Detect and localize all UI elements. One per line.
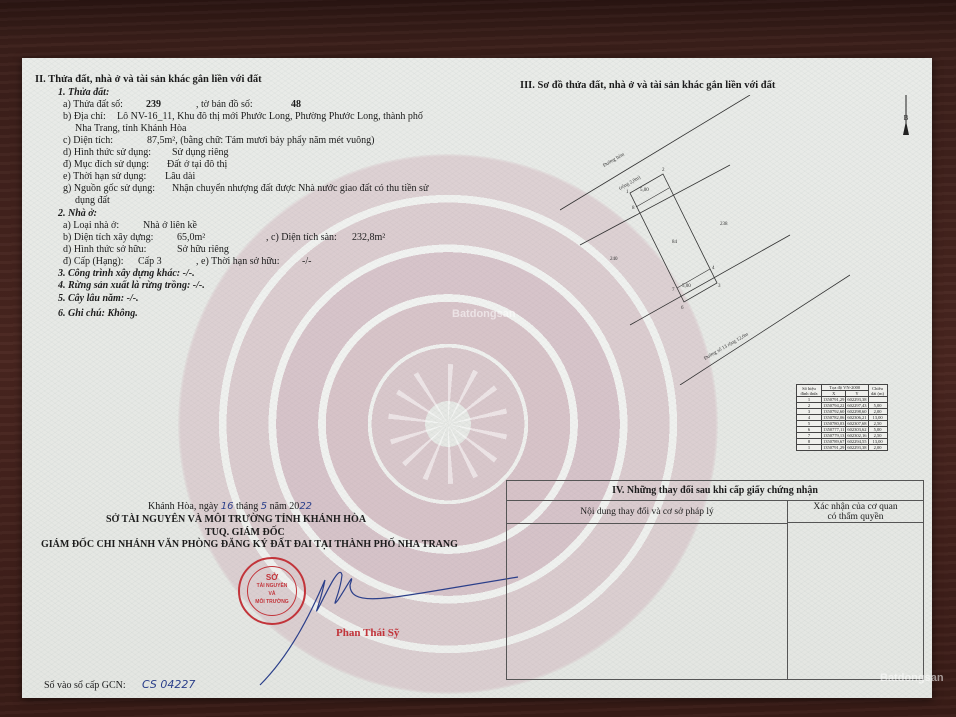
purpose-label: đ) Mục đích sử dụng: — [63, 159, 149, 171]
north-arrow-icon: B — [900, 95, 912, 135]
address-line-2: Nha Trang, tỉnh Khánh Hòa — [75, 123, 186, 135]
grade-value: Cấp 3 — [138, 256, 162, 268]
month: 5 — [261, 501, 267, 512]
coord-row: 61350777,11602303,625,00 — [797, 427, 888, 433]
area-value: 87,5m², (bằng chữ: Tám mươi bảy phẩy năm… — [147, 135, 375, 147]
ownership-value: Sở hữu riêng — [177, 244, 229, 256]
floor-area-value: 232,8m² — [352, 232, 385, 244]
svg-text:7: 7 — [672, 288, 675, 293]
coordinate-table: Số hiệu đỉnh thửa Tọa độ VN-2000 Chiều d… — [796, 384, 888, 451]
brand-watermark-corner: Batdongsan — [880, 672, 944, 684]
svg-text:84: 84 — [672, 240, 678, 245]
grade-label: đ) Cấp (Hạng): — [63, 256, 124, 268]
coord-row: 41350782,06602306,2113,00 — [797, 415, 888, 421]
section-4-title: IV. Những thay đổi sau khi cấp giấy chứn… — [507, 481, 923, 501]
on-behalf: TUQ. GIÁM ĐỐC — [205, 527, 285, 539]
parcel-diagram: Đường hẻm (rộng 2,0m) Đường số 13 rộng 1… — [560, 95, 850, 385]
coord-row: 81350789,67602294,5513,00 — [797, 439, 888, 445]
own-term-label: , e) Thời hạn sở hữu: — [196, 256, 280, 268]
day: 16 — [221, 501, 234, 512]
section-3-title: III. Sơ đồ thửa đất, nhà ở và tài sản kh… — [520, 80, 775, 92]
col-authority-confirmation: Xác nhận của cơ quan có thẩm quyền — [788, 501, 923, 523]
svg-text:2: 2 — [662, 168, 665, 173]
svg-text:1: 1 — [626, 190, 629, 195]
changes-table: IV. Những thay đổi sau khi cấp giấy chứn… — [506, 480, 924, 680]
svg-text:6: 6 — [681, 306, 684, 311]
signer-position: GIÁM ĐỐC CHI NHÁNH VĂN PHÒNG ĐĂNG KÝ ĐẤT… — [41, 539, 458, 551]
svg-text:8: 8 — [632, 206, 635, 211]
use-form-value: Sử dụng riêng — [172, 147, 229, 159]
handwritten-signature — [200, 555, 520, 695]
svg-text:5,00: 5,00 — [682, 284, 691, 289]
coord-row: 71350779,13602302,162,50 — [797, 433, 888, 439]
drum-star-emblem — [388, 364, 508, 484]
col-vertex: Số hiệu đỉnh thửa — [797, 385, 822, 397]
build-area-label: b) Diện tích xây dựng: — [63, 232, 153, 244]
note: 6. Ghi chú: Không. — [58, 308, 138, 320]
svg-text:B: B — [904, 114, 909, 122]
svg-text:(rộng 2,0m): (rộng 2,0m) — [619, 175, 642, 191]
svg-text:3: 3 — [718, 284, 721, 289]
term-value: Lâu dài — [165, 171, 195, 183]
perennial-trees: 5. Cây lâu năm: -/-. — [58, 293, 139, 305]
forest: 4. Rừng sản xuất là rừng trồng: -/-. — [58, 280, 205, 292]
coord-row: 51350780,03602307,682,50 — [797, 421, 888, 427]
registry-number: CS 04227 — [142, 679, 195, 691]
use-form-label: d) Hình thức sử dụng: — [63, 147, 151, 159]
year: 22 — [299, 501, 312, 512]
other-works: 3. Công trình xây dựng khác: -/-. — [58, 268, 195, 280]
build-area-value: 65,0m² — [177, 232, 205, 244]
coord-row: 21350794,22602297,435,00 — [797, 403, 888, 409]
floor-area-label: , c) Diện tích sàn: — [266, 232, 337, 244]
house-type-value: Nhà ở liên kề — [143, 220, 197, 232]
svg-text:5,00: 5,00 — [640, 188, 649, 193]
coord-row: 31350792,60602298,602,00 — [797, 409, 888, 415]
agency: SỞ TÀI NGUYÊN VÀ MÔI TRƯỜNG TỈNH KHÁNH H… — [106, 514, 366, 526]
coord-row: 11350791,29602293,382,00 — [797, 445, 888, 451]
svg-text:Đường hẻm: Đường hẻm — [603, 152, 626, 168]
land-heading: 1. Thửa đất: — [58, 87, 109, 99]
house-type-label: a) Loại nhà ở: — [63, 220, 119, 232]
place-date: Khánh Hòa, ngày 16 tháng 5 năm 2022 — [148, 501, 312, 513]
map-number: 48 — [291, 99, 301, 111]
address-label: b) Địa chỉ: — [63, 111, 106, 123]
map-label: , tờ bản đồ số: — [196, 99, 253, 111]
col-change-content: Nội dung thay đổi và cơ sở pháp lý — [507, 501, 788, 524]
svg-text:238: 238 — [720, 222, 728, 227]
signer-name: Phan Thái Sỹ — [336, 627, 399, 639]
parcel-label: a) Thửa đất số: — [63, 99, 123, 111]
origin-label: g) Nguồn gốc sử dụng: — [63, 183, 155, 195]
registry-label: Số vào sổ cấp GCN: — [44, 680, 126, 692]
origin-line-1: Nhận chuyển nhượng đất được Nhà nước gia… — [172, 183, 428, 195]
area-label: c) Diện tích: — [63, 135, 113, 147]
brand-watermark: Batdongsan — [452, 308, 516, 320]
col-length: Chiều dài (m) — [868, 385, 887, 397]
term-label: e) Thời hạn sử dụng: — [63, 171, 146, 183]
own-term-value: -/- — [302, 256, 311, 268]
origin-line-2: dụng đất — [75, 195, 110, 207]
svg-text:Đường số 13 rộng 12,0m: Đường số 13 rộng 12,0m — [704, 332, 750, 361]
section-2-title: II. Thửa đất, nhà ở và tài sản khác gắn … — [35, 74, 262, 86]
address-line-1: Lô NV-16_11, Khu đô thị mới Phước Long, … — [117, 111, 423, 123]
svg-text:240: 240 — [610, 257, 618, 262]
ownership-label: d) Hình thức sở hữu: — [63, 244, 146, 256]
parcel-number: 239 — [146, 99, 161, 111]
house-heading: 2. Nhà ở: — [58, 208, 97, 220]
svg-text:4: 4 — [712, 266, 715, 271]
purpose-value: Đất ở tại đô thị — [167, 159, 227, 171]
